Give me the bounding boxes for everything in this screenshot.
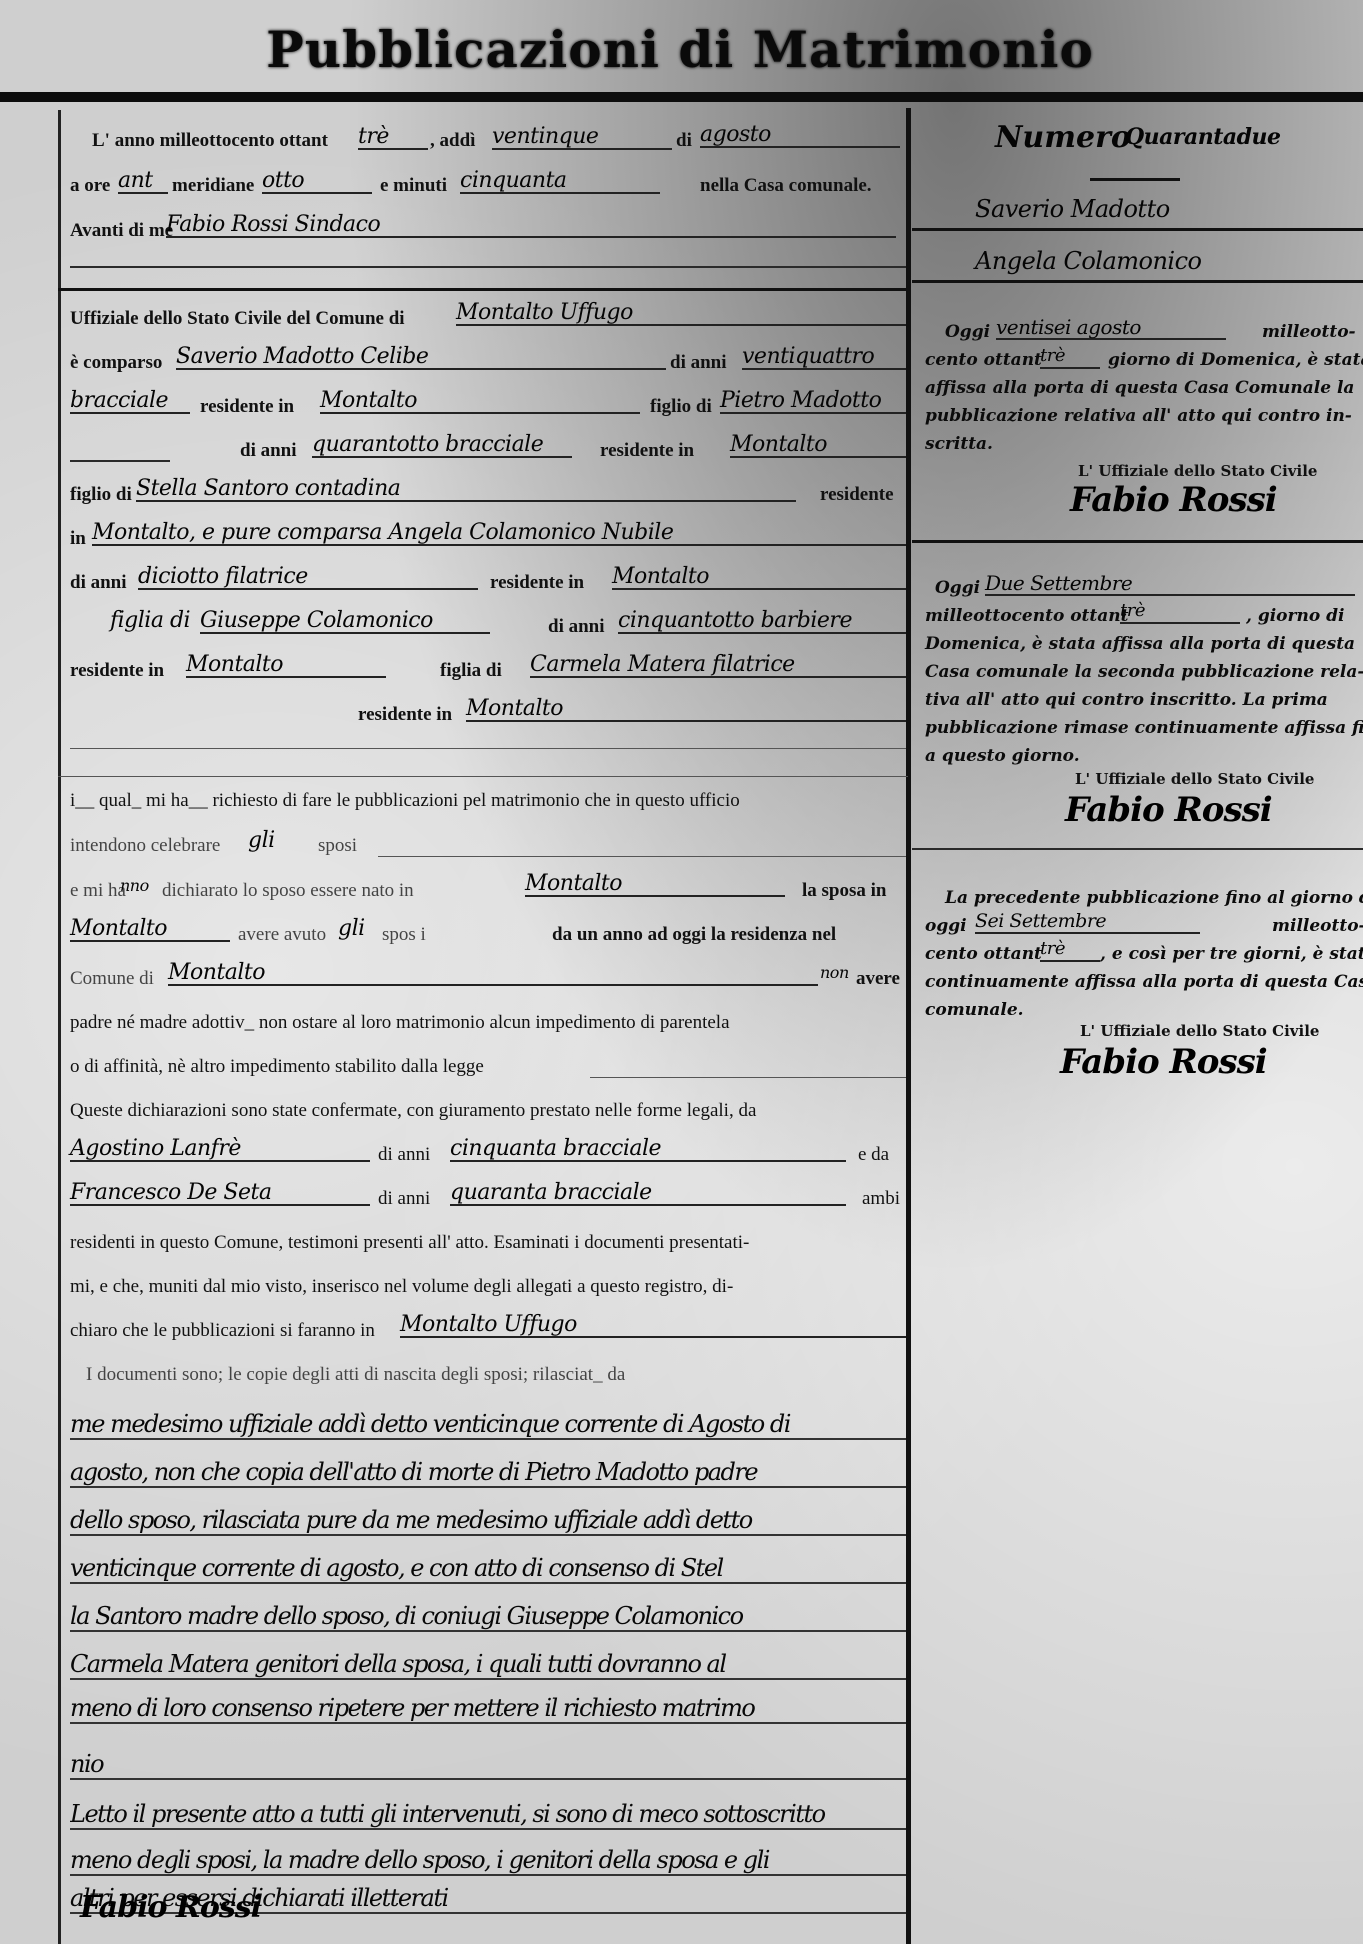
groom-father: Pietro Madotto [720,390,906,414]
uffiziale-label: Uffiziale dello Stato Civile del Comune … [70,308,405,330]
minuti-label: e minuti [380,175,447,197]
narrative-line: me medesimo uffiziale addì detto ventici… [70,1410,906,1440]
padre-line: padre né madre adottiv_ non ostare al lo… [70,1012,730,1034]
first-pub-signature-label: L' Uffiziale dello Stato Civile [1078,462,1317,480]
residente-in-label: residente in [358,704,452,726]
first-pub-signature: Fabio Rossi [1070,480,1277,520]
document-title: Pubblicazioni di Matrimonio [230,20,1130,79]
first-pub-line2b: giorno di Domenica, è stata [1108,350,1363,370]
minutes-value: cinquanta [460,170,660,194]
addi-label: , addì [430,130,475,152]
bride-father-age: cinquantotto barbiere [618,610,906,634]
avere-label: avere [856,968,900,990]
residenza-text: da un anno ad oggi la residenza nel [552,924,836,946]
groom-name: Saverio Madotto Celibe [176,346,666,370]
bride-residence: Montalto [612,566,906,590]
final-line1: La precedente pubblicazione fino al gior… [945,888,1363,908]
bride-line: Montalto, e pure comparsa Angela Colamon… [92,522,906,546]
sposi-label: sposi [318,835,357,857]
di-anni-label: di anni [378,1188,430,1210]
narrative-line: agosto, non che copia dell'atto di morte… [70,1458,906,1488]
final-line3b: , e così per tre giorni, è stata [1100,944,1363,964]
affinita-line: o di affinità, nè altro impedimento stab… [70,1056,484,1078]
di-anni-label: di anni [378,1144,430,1166]
first-pub-line4: pubblicazione relativa all' atto qui con… [925,406,1352,426]
groom-mother: Stella Santoro contadina [136,478,796,502]
father-age: quarantotto bracciale [312,434,572,458]
father-residence: Montalto [730,434,906,458]
ore-fill: ant [118,170,168,194]
residente-in-label: residente in [600,440,694,462]
final-year: trè [1040,938,1100,962]
di-anni-label: di anni [70,572,127,594]
documenti-line: I documenti sono; le copie degli atti di… [86,1364,625,1386]
title-rule [0,92,1363,102]
groom-name-right: Saverio Madotto [975,198,1170,220]
first-pub-line3: affissa alla porta di questa Casa Comuna… [925,378,1354,398]
first-pub-line5: scritta. [925,434,993,454]
day-value: ventinque [492,126,672,150]
comune-di-label: Comune di [70,968,154,990]
first-pub-line2a: cento ottant [925,350,1042,370]
bride-father-residence: Montalto [186,654,386,678]
groom-residence: Montalto [320,390,640,414]
second-pub-line3: Domenica, è stata affissa alla porta di … [925,634,1355,654]
chiaro-line: chiaro che le pubblicazioni si faranno i… [70,1320,375,1342]
witness2-age: quaranta bracciale [450,1182,846,1206]
residente-in-label: residente in [70,660,164,682]
narrative-line: meno di loro consenso ripetere per mette… [70,1694,906,1724]
comparso-label: è comparso [70,352,162,374]
figlio-di-label: figlio di [650,396,712,418]
officer-name: Fabio Rossi Sindaco [166,214,896,238]
final-line3a: cento ottant [925,944,1042,964]
bride-name-right: Angela Colamonico [975,250,1202,272]
mi-line: mi, e che, muniti dal mio visto, inseris… [70,1276,733,1298]
second-pub-line2a: milleottocento ottant [925,606,1128,626]
avanti-label: Avanti di me [70,220,173,242]
column-divider [906,108,911,1944]
ambi-label: ambi [862,1188,900,1210]
dichiarazioni-line: Queste dichiarazioni sono state conferma… [70,1100,756,1122]
residente-label: residente [820,484,894,506]
request-text: i__ qual_ mi ha__ richiesto di fare le p… [70,790,740,812]
di-anni-label: di anni [548,616,605,638]
witness2-name: Francesco De Seta [70,1182,370,1206]
dichiarato-prefix: e mi ha [70,880,126,902]
narrative-line: Letto il presente atto a tutti gli inter… [70,1800,906,1830]
di-anni-label: di anni [240,440,297,462]
right-rule [912,848,1363,850]
in-label: in [70,528,86,550]
bride-age: diciotto filatrice [138,566,478,590]
second-pub-signature: Fabio Rossi [1065,790,1272,830]
witness1-age: cinquanta bracciale [450,1138,846,1162]
spos-label: spos i [382,924,426,946]
bride-birthplace: Montalto [70,918,230,942]
narrative-line: meno degli sposi, la madre dello sposo, … [70,1846,906,1876]
second-pub-year: trè [1120,600,1240,624]
residenza-comune: Montalto [168,962,818,986]
dichiarato-fill: nno [120,875,149,897]
final-oggi: oggi [925,916,967,936]
e-da-label: e da [858,1144,889,1166]
figlia-di-label: figlia di [440,660,502,682]
intendono-label: intendono celebrare [70,835,220,857]
avere-avuto-label: avere avuto [238,924,326,946]
narrative-line: dello sposo, rilasciata pure da me medes… [70,1506,906,1536]
second-pub-date: Due Settembre [985,572,1355,596]
numero-label: Numero [995,120,1131,155]
first-pub-oggi: Oggi [945,322,990,342]
right-rule [912,540,1363,543]
dichiarato-text: dichiarato lo sposo essere nato in [162,880,414,902]
blank-line [70,460,170,462]
second-pub-line2b: , giorno di [1246,606,1344,626]
blank-line [378,856,906,857]
faranno-in-value: Montalto Uffugo [400,1314,906,1338]
final-line4: continuamente affissa alla porta di ques… [925,972,1363,992]
numero-underline [1090,178,1180,181]
second-pub-signature-label: L' Uffiziale dello Stato Civile [1075,770,1314,788]
non-fill: non [820,962,849,984]
di-label: di [676,130,692,152]
ore-label: a ore [70,175,110,197]
residente-in-label: residente in [490,572,584,594]
narrative-line: Carmela Matera genitori della sposa, i q… [70,1650,906,1680]
avere-fill: gli [338,918,365,940]
intendono-fill: gli [248,830,275,852]
right-rule [912,280,1363,283]
figlio-di-label: figlio di [70,484,132,506]
figlia-label: figlia di [110,610,200,632]
final-signature: Fabio Rossi [1060,1042,1267,1082]
first-pub-tail: milleotto- [1262,322,1356,342]
meridiane-label: meridiane [172,175,254,197]
second-pub-line4: Casa comunale la seconda pubblicazione r… [925,662,1363,682]
second-pub-line6: pubblicazione rimase continuamente affis… [925,718,1363,738]
residente-in-label: residente in [200,396,294,418]
comune-value: Montalto Uffugo [456,302,906,326]
hour-value: otto [262,170,372,194]
final-line2b: milleotto- [1272,916,1363,936]
bride-mother: Carmela Matera filatrice [530,654,906,678]
section-divider [58,288,908,291]
narrative-line: la Santoro madre dello sposo, di coniugi… [70,1602,906,1632]
di-anni-label: di anni [670,352,727,374]
sposa-in-label: la sposa in [802,880,886,902]
blank-line [58,776,908,777]
header-line1-label: L' anno milleottocento ottant [92,130,328,152]
numero-value: Quarantadue [1125,126,1281,148]
narrative-line: venticinque corrente di agosto, e con at… [70,1554,906,1584]
final-line5: comunale. [925,1000,1024,1020]
blank-line [590,1077,906,1078]
blank-line [70,266,906,268]
bride-father: Giuseppe Colamonico [200,610,490,634]
month-value: agosto [700,124,900,148]
residenti-line: residenti in questo Comune, testimoni pr… [70,1232,749,1254]
groom-birthplace: Montalto [525,873,785,897]
second-pub-oggi: Oggi [935,578,980,598]
bottom-signature: Fabio Rossi [80,1890,261,1925]
right-rule [912,228,1363,231]
final-signature-label: L' Uffiziale dello Stato Civile [1080,1022,1319,1040]
year-suffix: trè [358,126,428,150]
second-pub-line5: tiva all' atto qui contro inscritto. La … [925,690,1328,710]
final-date: Sei Settembre [975,910,1200,934]
blank-line [70,748,906,749]
first-pub-date: ventisei agosto [996,316,1226,340]
bride-mother-residence: Montalto [466,698,906,722]
groom-job: bracciale [70,390,190,414]
first-pub-year: trè [1040,345,1100,369]
witness1-name: Agostino Lanfrè [70,1138,370,1162]
groom-age: ventiquattro [742,346,906,370]
second-pub-line7: a questo giorno. [925,746,1080,766]
casa-comunale-label: nella Casa comunale. [700,175,872,197]
left-border [58,110,61,1944]
narrative-line: nio [70,1750,906,1780]
